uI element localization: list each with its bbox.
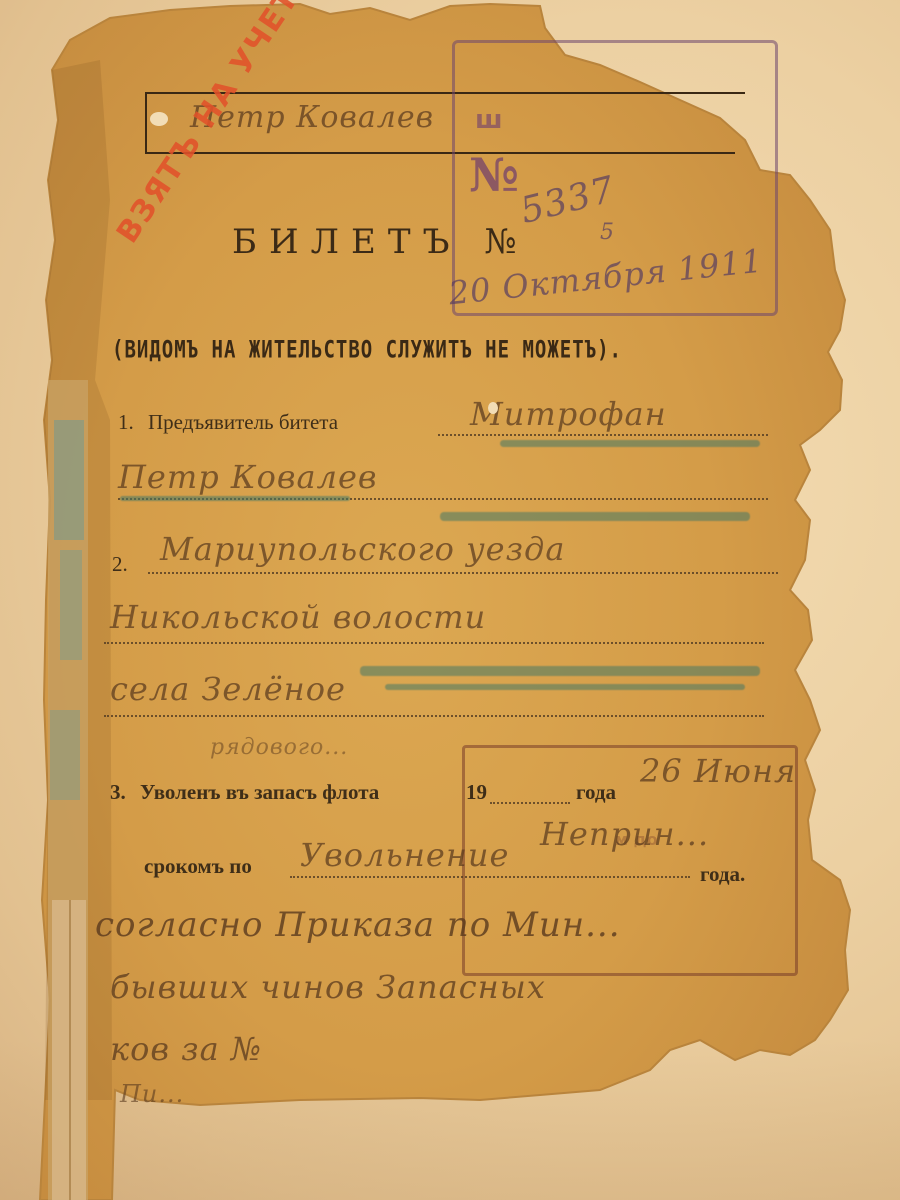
field-1-label: Предъявитель битета	[148, 410, 338, 435]
field-3-handwritten-date: 26 Июня	[640, 752, 796, 790]
footer-handwriting-line-2: бывших чинов Запасных	[110, 968, 546, 1006]
ticket-title: БИЛЕТЪ №	[232, 222, 529, 262]
header-box-left-rule	[145, 92, 147, 152]
green-pencil-strikeout	[360, 666, 760, 676]
field-3-year-prefix: 19	[466, 780, 487, 805]
term-suffix: года.	[700, 862, 745, 887]
green-pencil-mark	[440, 512, 750, 521]
field-2-number: 2.	[112, 552, 128, 577]
field-2-dotted-line-3	[104, 715, 764, 717]
footer-handwriting-line-1: согласно Приказа по Мин...	[95, 905, 621, 945]
ticket-sub-number-handwriting: 5	[600, 220, 615, 245]
number-sign: №	[484, 222, 528, 262]
brown-stamp-handwriting: Неприн...	[540, 815, 709, 853]
paper-hole	[150, 112, 168, 126]
field-3-number: 3.	[110, 780, 126, 805]
binding-strip	[40, 380, 110, 1200]
footer-handwriting-line-4: Пи...	[120, 1080, 184, 1108]
field-2-handwriting-line-1: Мариупольского уезда	[160, 530, 565, 568]
paper-hole	[488, 402, 498, 414]
footer-handwriting-line-3: ков за №	[110, 1030, 262, 1068]
field-2-handwriting-line-3: села Зелёное	[110, 670, 346, 708]
field-2-dotted-line-1	[148, 572, 778, 574]
field-3-year-suffix: года	[576, 780, 616, 805]
stamp-top-mark: ш	[475, 105, 503, 135]
field-2-handwriting-line-2: Никольской волости	[110, 598, 486, 636]
field-1-number: 1.	[118, 410, 134, 435]
title-label: БИЛЕТЪ	[232, 222, 462, 262]
green-pencil-mark	[500, 440, 760, 447]
field-3-year-dotted-line	[490, 802, 570, 804]
term-label: срокомъ по	[144, 854, 252, 879]
field-1-dotted-line	[438, 434, 768, 436]
term-dotted-line	[290, 876, 690, 878]
field-1-handwriting-line-1: Митрофан	[470, 395, 667, 433]
field-3-label: Уволенъ въ запасъ флота	[140, 780, 379, 805]
stamp-number-mark: №	[469, 148, 519, 202]
green-pencil-strikeout	[385, 684, 745, 690]
field-2-dotted-line-2	[104, 642, 764, 644]
subtitle-not-residence-permit: (ВИДОМЪ НА ЖИТЕЛЬСТВО СЛУЖИТЪ НЕ МОЖЕТЪ)…	[112, 336, 622, 364]
green-pencil-mark	[120, 496, 350, 501]
field-1-handwriting-line-2: Петр Ковалев	[118, 458, 378, 496]
field-3-handwriting-above: рядового...	[210, 735, 348, 760]
term-handwriting: Увольнение	[300, 836, 509, 874]
